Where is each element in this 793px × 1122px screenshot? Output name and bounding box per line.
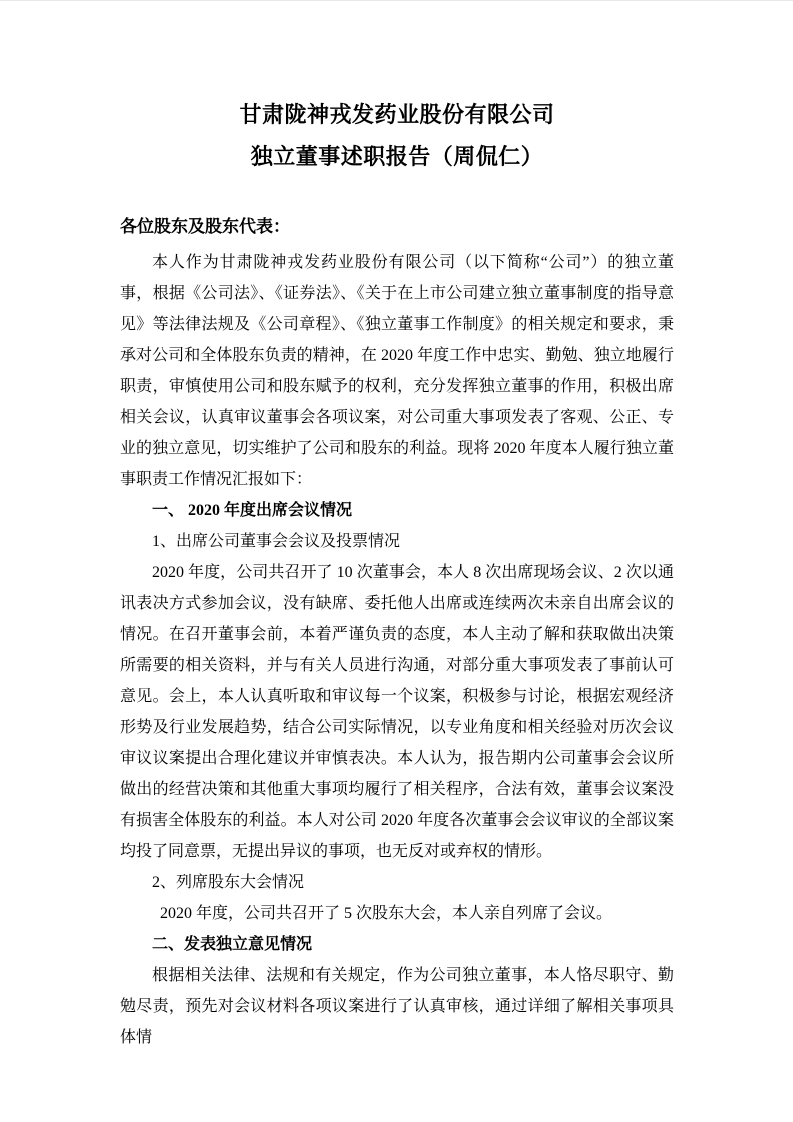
section-1-sub-1-heading: 1、出席公司董事会会议及投票情况 (120, 526, 674, 557)
salutation: 各位股东及股东代表： (120, 211, 674, 242)
document-title-report: 独立董事述职报告（周侃仁） (120, 136, 674, 178)
section-1-heading: 一、 2020 年度出席会议情况 (120, 495, 674, 526)
section-1-sub-2-heading: 2、列席股东大会情况 (120, 867, 674, 898)
document-title-company: 甘肃陇神戎发药业股份有限公司 (120, 94, 674, 136)
independent-opinion-paragraph: 根据相关法律、法规和有关规定，作为公司独立董事，本人恪尽职守、勤勉尽责，预先对会… (120, 960, 674, 1053)
board-meetings-paragraph: 2020 年度，公司共召开了 10 次董事会，本人 8 次出席现场会议、2 次以… (120, 557, 674, 867)
shareholder-meetings-paragraph: 2020 年度，公司共召开了 5 次股东大会，本人亲自列席了会议。 (120, 898, 674, 929)
section-2-heading: 二、发表独立意见情况 (120, 929, 674, 960)
document-page: 甘肃陇神戎发药业股份有限公司 独立董事述职报告（周侃仁） 各位股东及股东代表： … (0, 0, 793, 1122)
intro-paragraph: 本人作为甘肃陇神戎发药业股份有限公司（以下简称“公司”）的独立董事，根据《公司法… (120, 247, 674, 495)
